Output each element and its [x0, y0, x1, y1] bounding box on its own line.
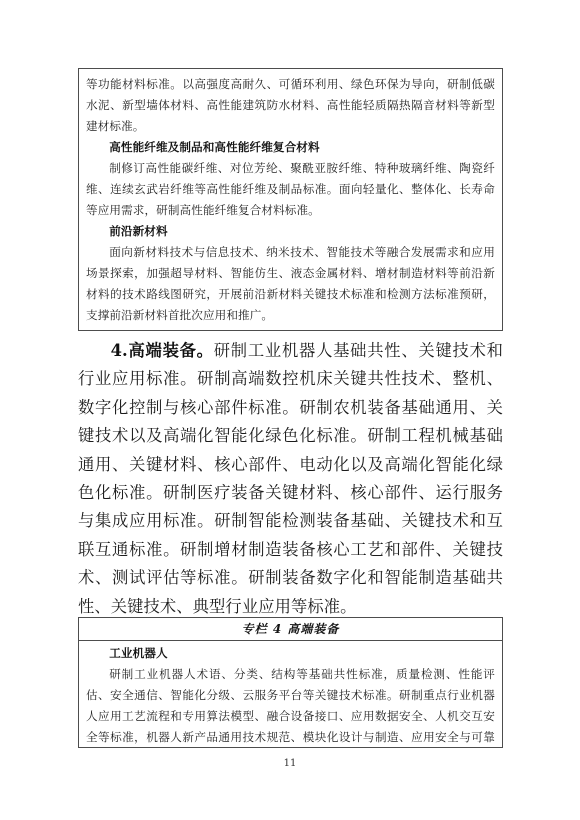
box-paragraph-fiber: 制修订高性能碳纤维、对位芳纶、聚酰亚胺纤维、特种玻璃纤维、陶瓷纤维、连续玄武岩纤…	[86, 158, 495, 221]
document-page: 等功能材料标准。以高强度高耐久、可循环利用、绿色环保为导向，研制低碳水泥、新型墙…	[0, 0, 580, 820]
paragraph-body-text: 研制工业机器人基础共性、关键技术和行业应用标准。研制高端数控机床关键共性技术、整…	[78, 341, 503, 615]
box-paragraph-industrial-robots: 研制工业机器人术语、分类、结构等基础共性标准，质量检测、性能评估、安全通信、智能…	[86, 664, 495, 747]
callout-box-4-high-end-equipment: 专栏 4 高端装备 工业机器人 研制工业机器人术语、分类、结构等基础共性标准，质…	[78, 617, 503, 748]
callout-box-4-title: 专栏 4 高端装备	[79, 618, 502, 641]
box-paragraph-continued: 等功能材料标准。以高强度高耐久、可循环利用、绿色环保为导向，研制低碳水泥、新型墙…	[86, 74, 495, 137]
box-subheading-industrial-robots: 工业机器人	[86, 643, 495, 664]
box-heading-high-performance-fiber: 高性能纤维及制品和高性能纤维复合材料	[86, 137, 495, 158]
box-paragraph-frontier: 面向新材料技术与信息技术、纳米技术、智能技术等融合发展需求和应用场景探索，加强超…	[86, 242, 495, 326]
box-heading-frontier-materials: 前沿新材料	[86, 221, 495, 242]
paragraph-lead-label: 4.高端装备。	[111, 341, 214, 360]
callout-box-continued: 等功能材料标准。以高强度高耐久、可循环利用、绿色环保为导向，研制低碳水泥、新型墙…	[78, 68, 503, 331]
callout-box-4-body: 工业机器人 研制工业机器人术语、分类、结构等基础共性标准，质量检测、性能评估、安…	[79, 641, 502, 747]
page-number: 11	[0, 758, 580, 769]
body-paragraph-high-end-equipment: 4.高端装备。研制工业机器人基础共性、关键技术和行业应用标准。研制高端数控机床关…	[78, 337, 503, 615]
